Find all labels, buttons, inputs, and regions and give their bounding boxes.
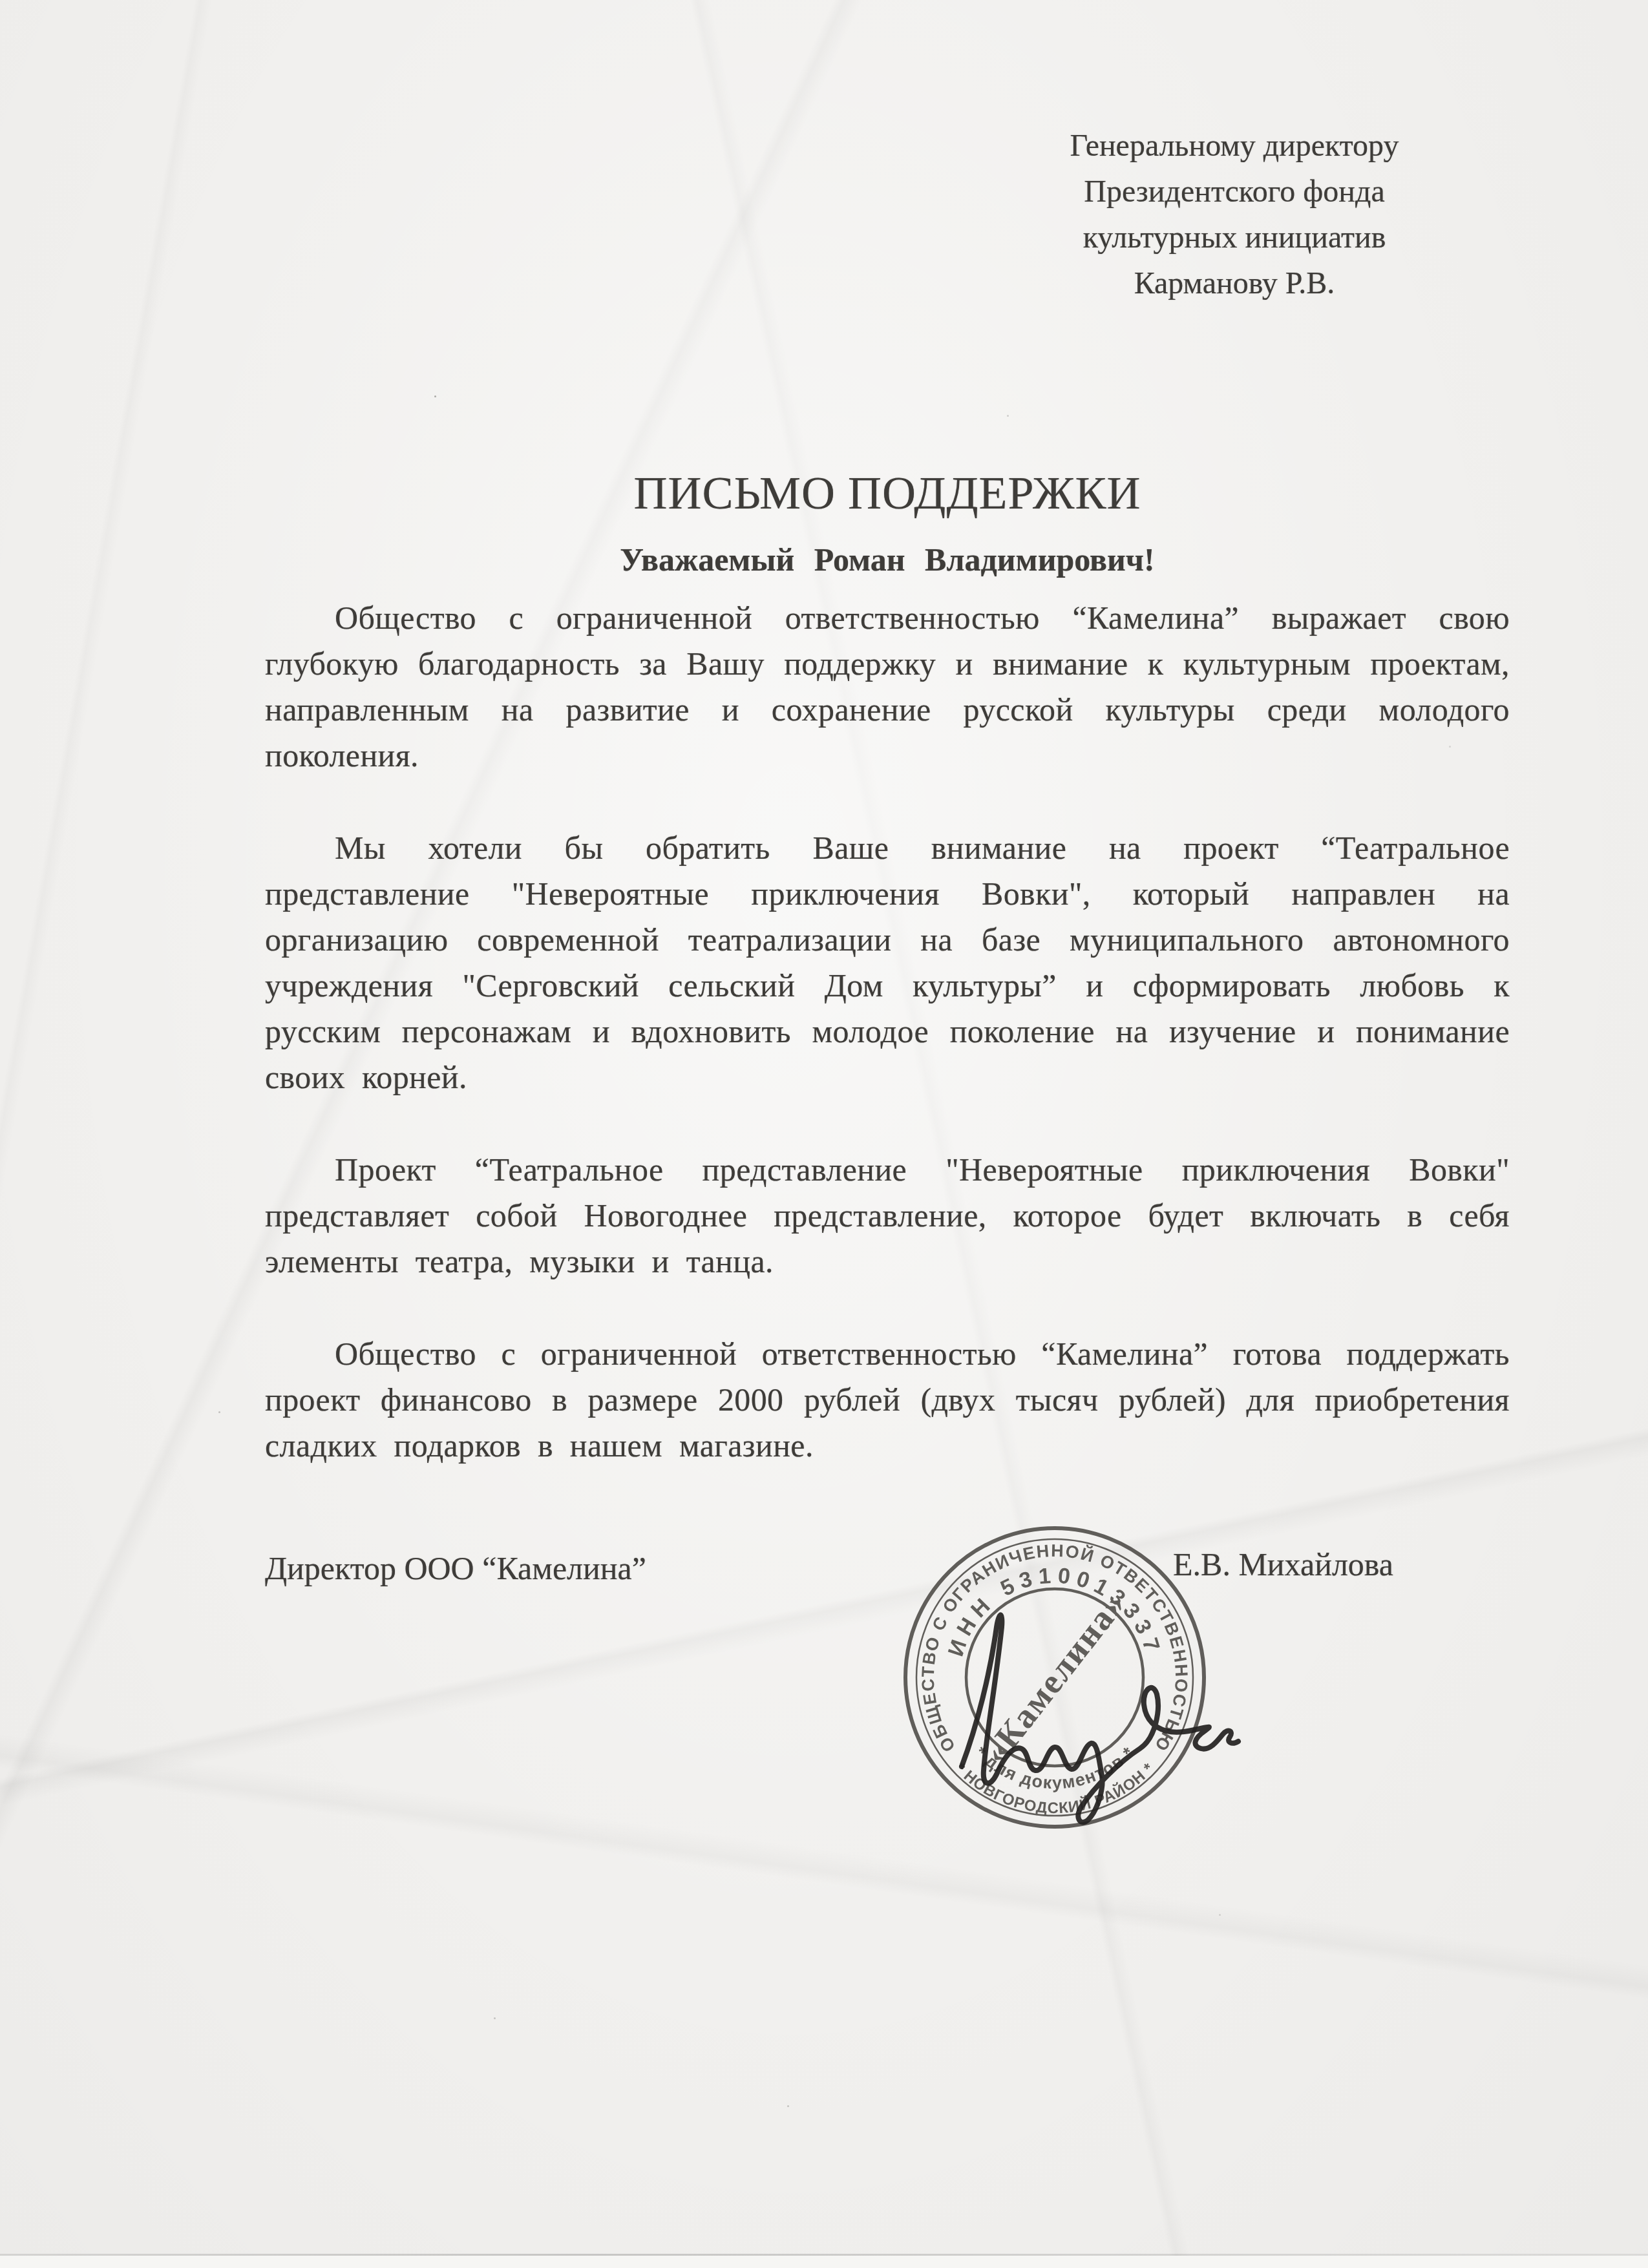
recipient-block: Генеральному директору Президентского фо… [1024,123,1444,306]
scanner-background [0,2256,1648,2268]
paragraph-4: Общество с ограниченной ответственностью… [265,1331,1510,1469]
scanned-letter-page: Генеральному директору Президентского фо… [0,0,1648,2268]
paragraph-1: Общество с ограниченной ответственностью… [265,595,1510,779]
signatory-position: Директор ООО “Камелина” [265,1549,646,1587]
paragraph-2: Мы хотели бы обратить Ваше внимание на п… [265,825,1510,1100]
letter-body: ПИСЬМО ПОДДЕРЖКИ Уважаемый Роман Владими… [265,468,1510,1515]
recipient-line-4: Карманову Р.В. [1024,260,1444,306]
scan-dust-specks [0,0,2,2]
recipient-line-1: Генеральному директору [1024,123,1444,169]
stamp-center-company-name: «Камелина» [976,1584,1134,1771]
recipient-line-2: Президентского фонда [1024,169,1444,215]
paragraph-3: Проект “Театральное представление "Невер… [265,1147,1510,1285]
signatory-name: Е.В. Михайлова [1173,1546,1393,1583]
recipient-line-3: культурных инициатив [1024,215,1444,260]
letter-title: ПИСЬМО ПОДДЕРЖКИ [265,468,1510,519]
salutation: Уважаемый Роман Владимирович! [265,541,1510,578]
